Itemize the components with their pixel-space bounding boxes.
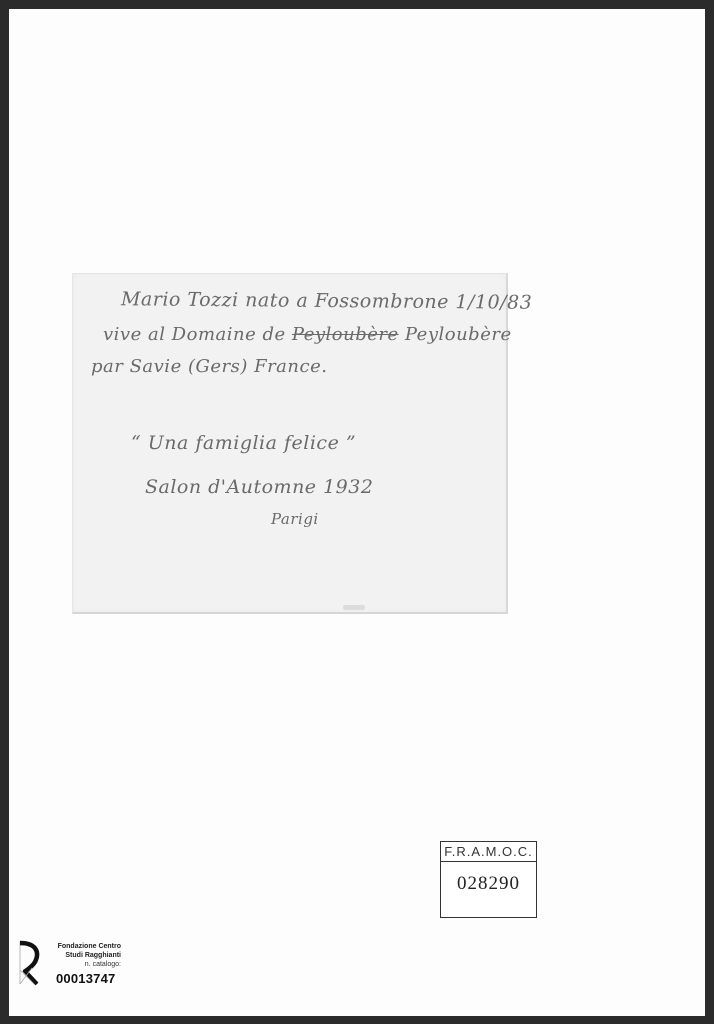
handwritten-line-address: vive al Domaine de Peyloubère Peyloubère: [103, 324, 512, 345]
stamp-header: F.R.A.M.O.C.: [441, 842, 536, 862]
catalog-number: 00013747: [56, 971, 115, 986]
framoc-stamp: F.R.A.M.O.C. 028290: [440, 841, 537, 918]
handwritten-line-title: “ Una famiglia felice ”: [131, 432, 356, 454]
catalog-label: n. catalogo:: [55, 961, 121, 968]
document-sheet: Mario Tozzi nato a Fossombrone 1/10/83 v…: [9, 9, 705, 1016]
handwritten-line-artist: Mario Tozzi nato a Fossombrone 1/10/83: [121, 288, 532, 314]
stamp-number: 028290: [441, 873, 536, 895]
foundation-name: Fondazione Centro Studi Ragghianti: [55, 942, 121, 960]
address-text: vive al Domaine de: [103, 324, 286, 345]
ragghianti-r-logo-icon: [18, 940, 40, 986]
foundation-line-1: Fondazione Centro: [55, 942, 121, 951]
corrected-word: Peyloubère: [405, 324, 512, 345]
handwritten-line-location: par Savie (Gers) France.: [91, 356, 327, 377]
struck-word: Peyloubère: [292, 324, 399, 345]
foundation-line-2: Studi Ragghianti: [55, 951, 121, 960]
handwritten-line-exhibition: Salon d'Automne 1932: [145, 476, 373, 498]
handwritten-line-city: Parigi: [271, 510, 319, 528]
handwritten-card: Mario Tozzi nato a Fossombrone 1/10/83 v…: [72, 273, 508, 614]
smudge-mark: [343, 605, 365, 610]
